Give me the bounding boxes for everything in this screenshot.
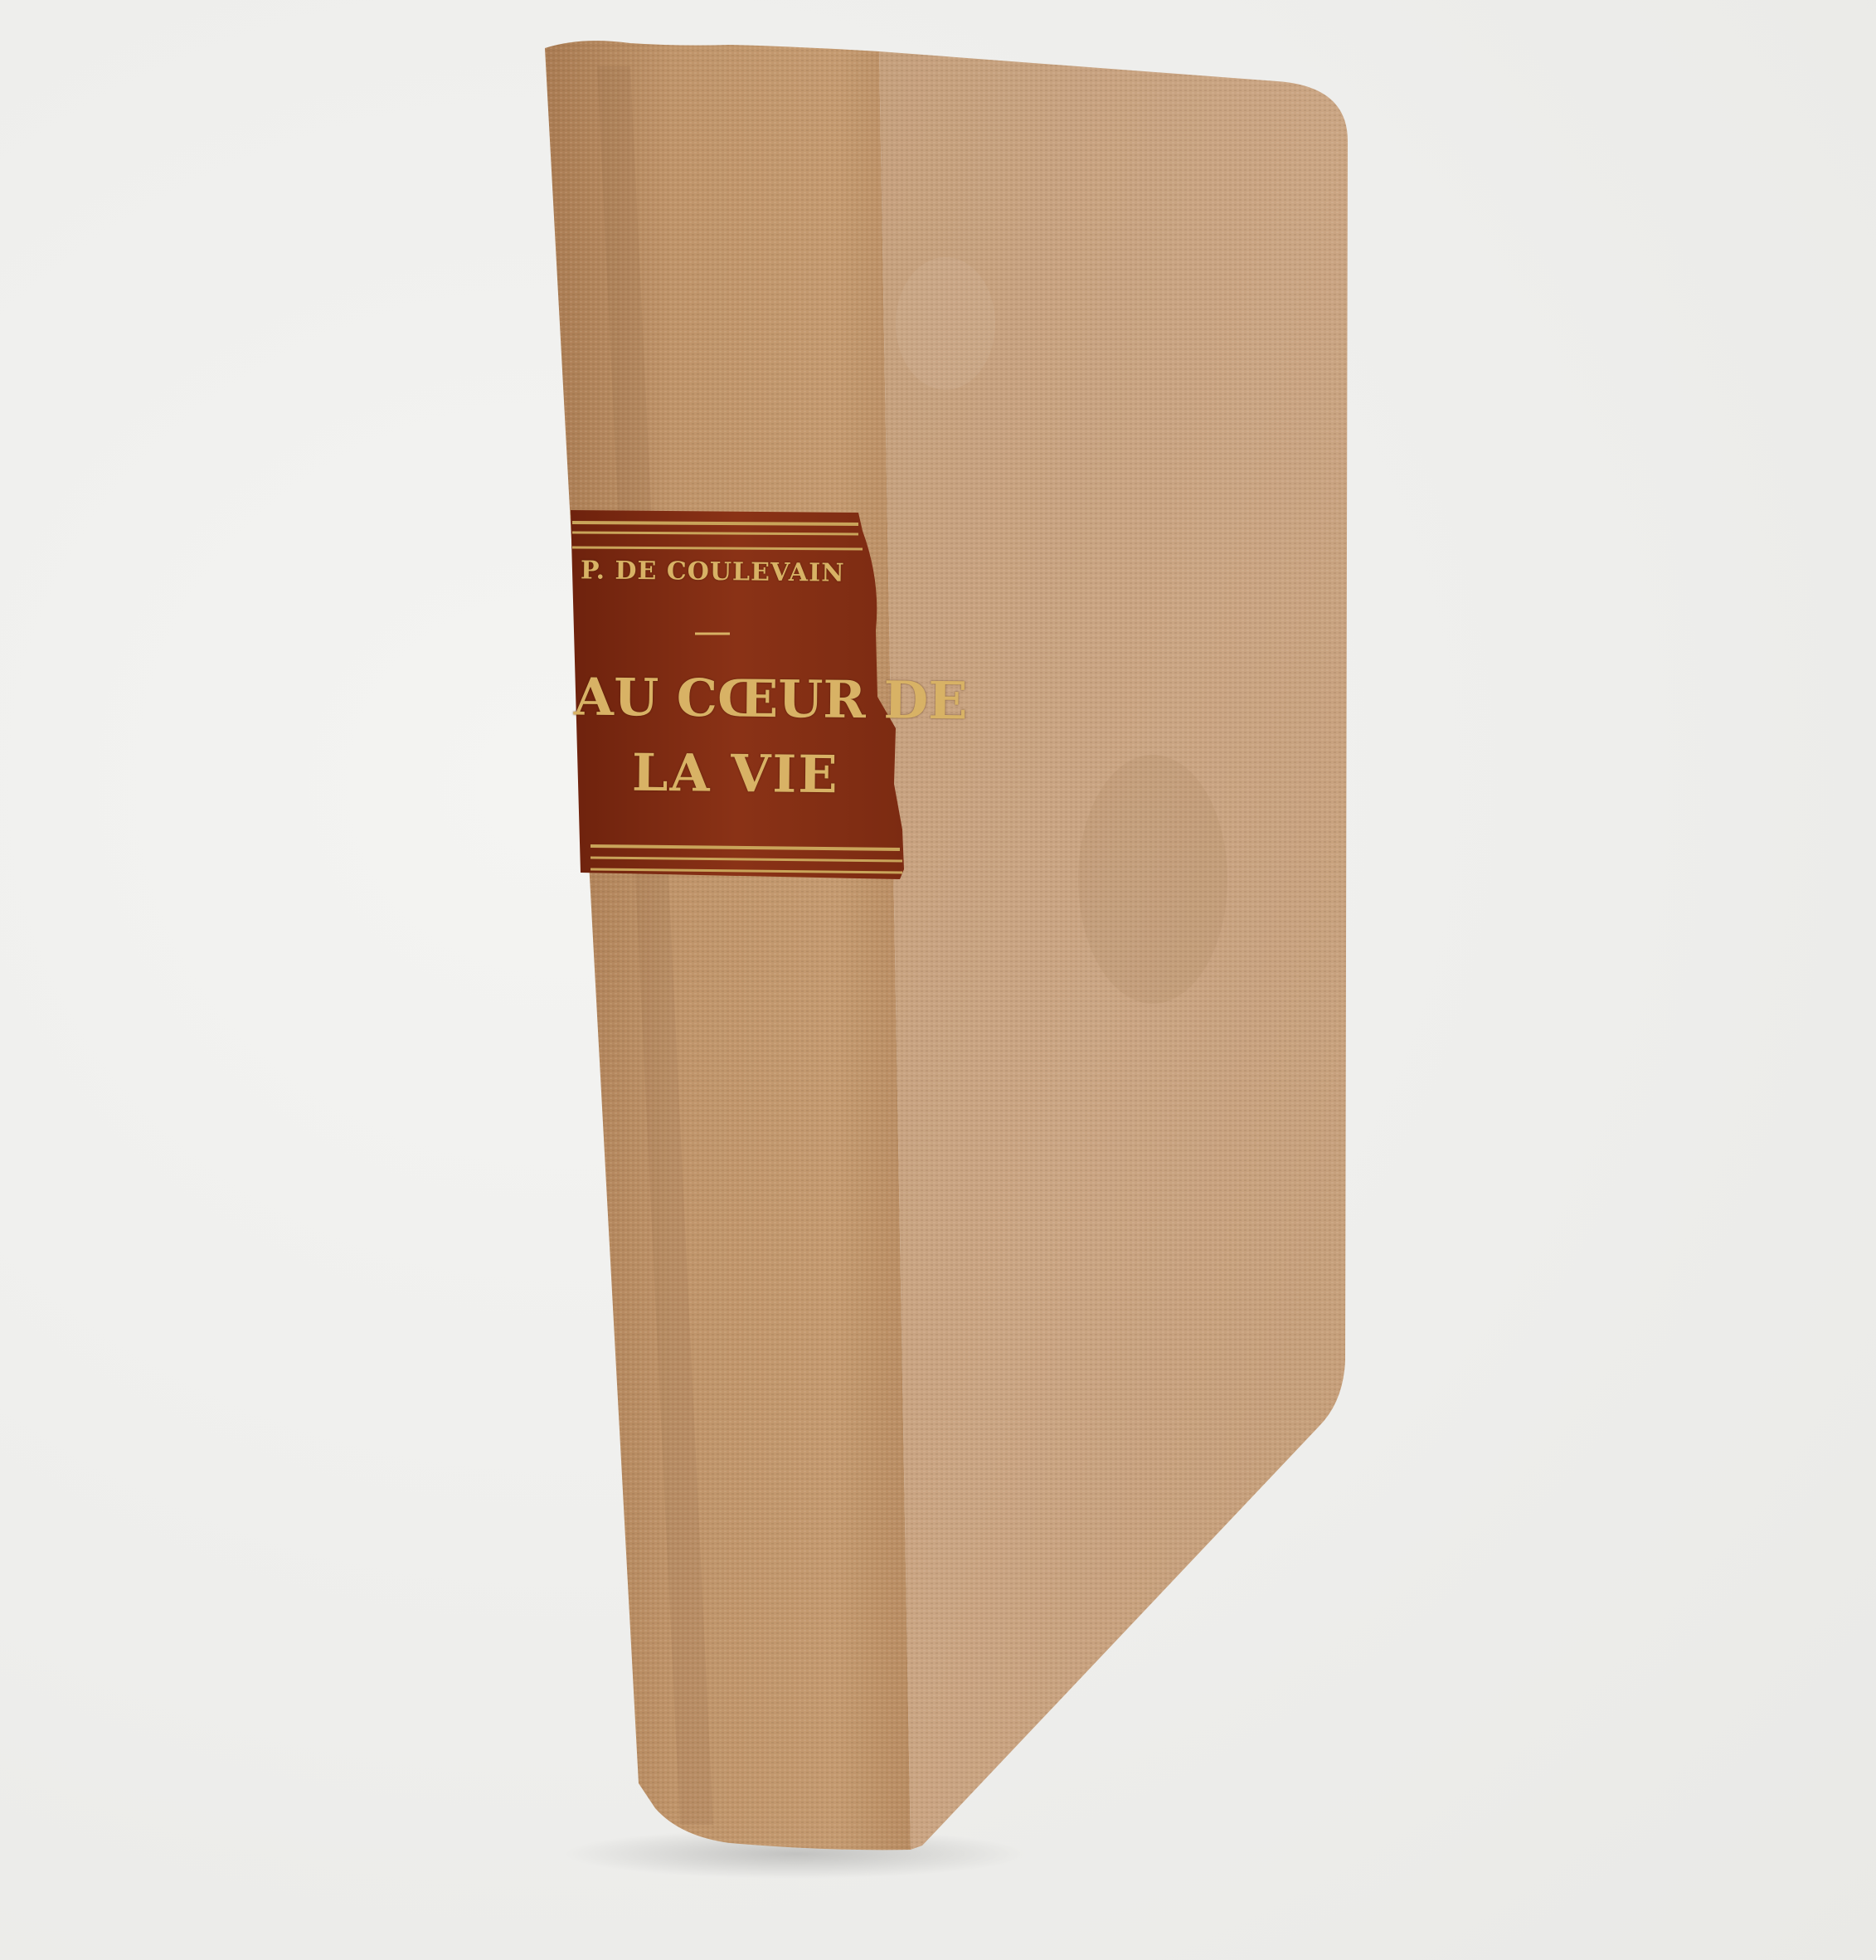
spine-author: P. DE COULEVAIN bbox=[581, 556, 845, 587]
spine-title-line2: LA VIE bbox=[632, 742, 839, 805]
book bbox=[0, 0, 1876, 1960]
photo-scene: P. DE COULEVAIN AU CŒUR DE LA VIE bbox=[0, 0, 1876, 1960]
spine-title-line1: AU CŒUR DE bbox=[574, 667, 968, 732]
